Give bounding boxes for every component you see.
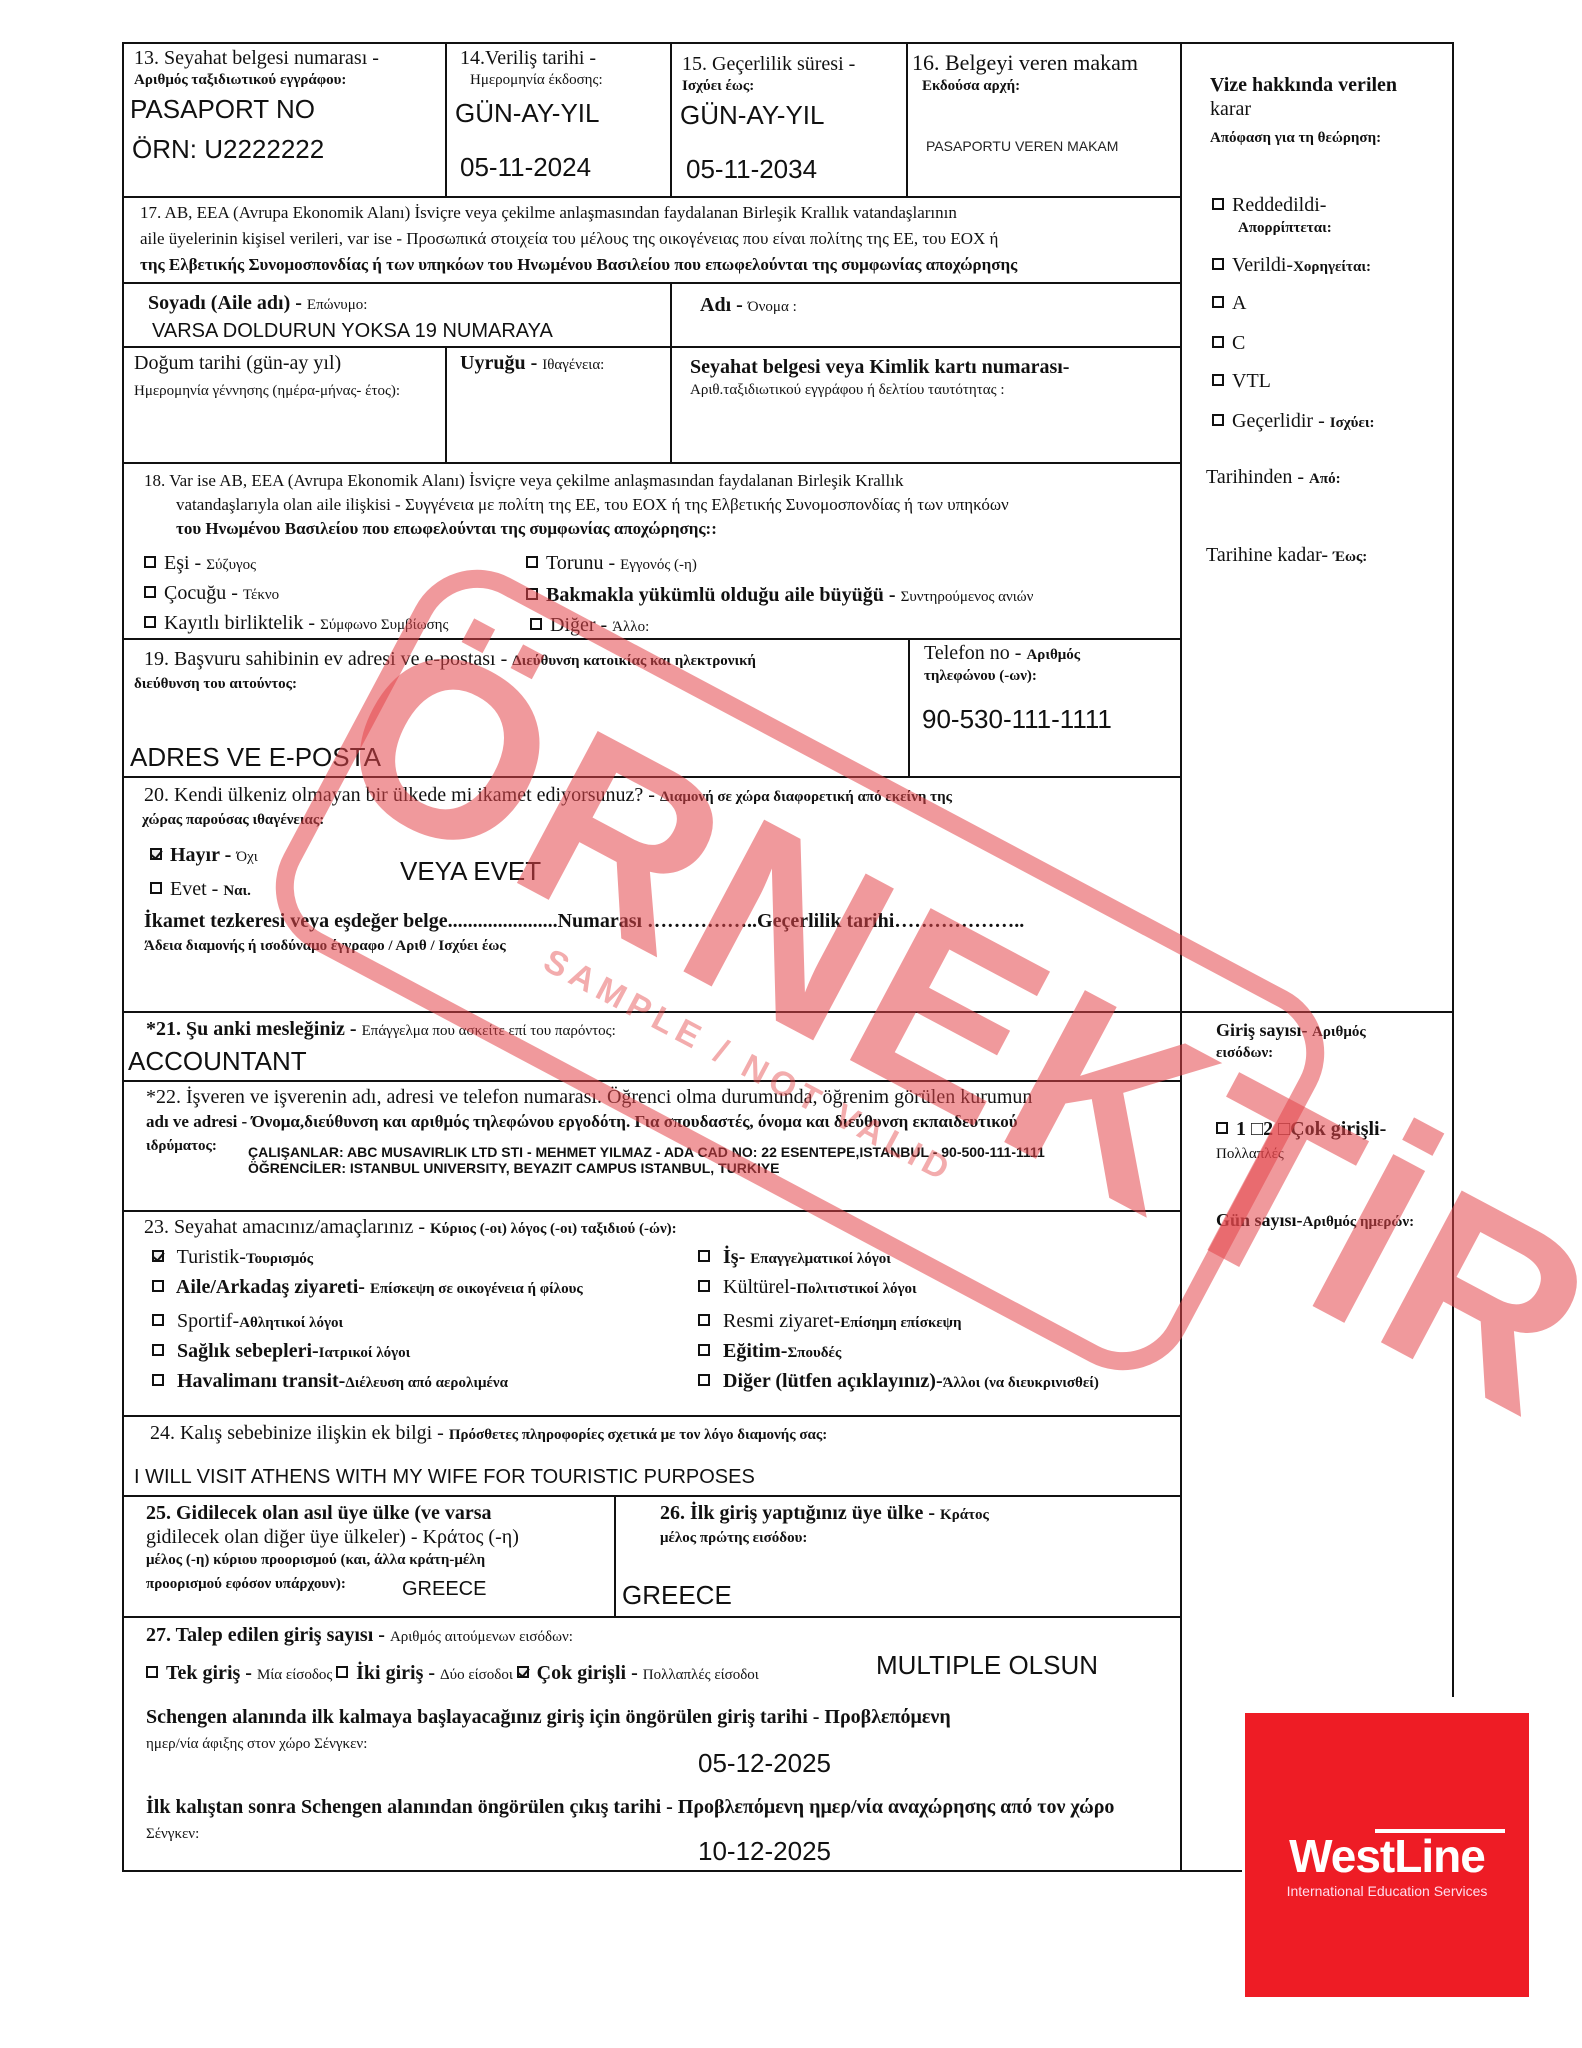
row-divider <box>122 776 1182 778</box>
column-divider <box>1180 42 1182 1872</box>
row-divider <box>122 282 1182 284</box>
phone-label: Telefon no - Αριθμός <box>924 642 1080 665</box>
dob-label: Doğum tarihi (gün-ay yıl) <box>134 352 341 375</box>
entries-label: Giriş sayısı- Αριθμός εισόδων: <box>1216 1020 1426 1062</box>
arrival-date-label: Schengen alanında ilk kalmaya başlayacağ… <box>146 1706 951 1729</box>
expiry-date-value[interactable]: 05-11-2034 <box>686 154 817 185</box>
departure-date-label: İlk kalıştan sonra Schengen alanından ön… <box>146 1796 1114 1819</box>
s17-header-3: της Ελβετικής Συνομοσπονδίας ή των υπηκό… <box>140 254 1017 276</box>
checkbox-icon[interactable] <box>146 1666 158 1678</box>
valid-until-label: Tarihine kadar- Έως: <box>1206 544 1367 567</box>
s22-label-2: adı ve adresi - Όνομα,διεύθυνση και αριθ… <box>146 1112 1018 1132</box>
surname-value[interactable]: VARSA DOLDURUN YOKSA 19 NUMARAYA <box>152 320 553 343</box>
relationship-grandchild[interactable]: Torunu - Εγγονός (-η) <box>526 552 697 575</box>
purpose-sports[interactable]: Sportif-Αθλητικοί λόγοι <box>152 1310 343 1333</box>
checkbox-icon[interactable] <box>152 1344 164 1356</box>
s13-label-gr: Αριθμός ταξιδιωτικού εγγράφου: <box>134 72 346 89</box>
checkbox-icon[interactable] <box>526 556 538 568</box>
relationship-spouse[interactable]: Eşi - Σύζυγος <box>144 552 256 575</box>
checkbox-icon[interactable] <box>152 1280 164 1292</box>
checkbox-icon[interactable] <box>336 1666 348 1678</box>
residence-no-option[interactable]: Hayır - Όχι <box>150 844 258 867</box>
phone-value[interactable]: 90-530-111-1111 <box>922 704 1112 735</box>
decision-option-c[interactable]: C <box>1212 332 1245 355</box>
s18-header-2: vatandaşlarıyla olan aile ilişkisi - Συγ… <box>176 494 1009 516</box>
s16-label: 16. Belgeyi veren makam <box>912 50 1138 76</box>
decision-option-vtl[interactable]: VTL <box>1212 370 1271 393</box>
cell-divider <box>445 42 447 198</box>
checkbox-icon[interactable] <box>1212 198 1224 210</box>
employer-value-1[interactable]: ÇALIŞANLAR: ABC MUSAVIRLIK LTD STI - MEH… <box>248 1144 1045 1160</box>
relationship-partnership[interactable]: Kayıtlı birliktelik - Σύμφωνο Συμβίωσης <box>144 612 448 635</box>
residence-yes-option[interactable]: Evet - Ναι. <box>150 878 251 901</box>
row-divider <box>122 638 1182 640</box>
employer-value-2[interactable]: ÖĞRENCİLER: ISTANBUL UNIVERSITY, BEYAZIT… <box>248 1160 780 1176</box>
decision-title: Vize hakkında verilen <box>1210 74 1397 97</box>
s15-label: 15. Geçerlilik süresi - <box>682 52 855 76</box>
relationship-child[interactable]: Çocuğu - Τέκνο <box>144 582 279 605</box>
checkbox-checked-icon[interactable] <box>150 848 162 860</box>
checkbox-icon[interactable] <box>1212 374 1224 386</box>
row-divider <box>122 1011 1454 1013</box>
checkbox-icon[interactable] <box>698 1280 710 1292</box>
decision-option-a[interactable]: A <box>1212 292 1246 315</box>
decision-option-valid[interactable]: Geçerlidir - Ισχύει: <box>1212 410 1375 433</box>
dob-label-gr: Ημερομηνία γέννησης (ημέρα-μήνας- έτος): <box>134 380 434 402</box>
s25-label-1: 25. Gidilecek olan asıl üye ülke (ve var… <box>146 1502 492 1525</box>
s18-header-1: 18. Var ise AB, EEA (Avrupa Ekonomik Ala… <box>144 470 903 492</box>
passport-number-example: ÖRN: U2222222 <box>132 134 324 165</box>
arrival-date-label-gr: ημερ/νία άφιξης στον χώρο Σένγκεν: <box>146 1736 367 1753</box>
s20-label: 20. Kendi ülkeniz olmayan bir ülkede mi … <box>144 784 952 807</box>
main-destination-value[interactable]: GREECE <box>402 1578 486 1601</box>
checkbox-checked-icon[interactable] <box>152 1250 164 1262</box>
logo-name: WestLine <box>1259 1831 1515 1881</box>
checkbox-icon[interactable] <box>698 1344 710 1356</box>
relationship-other[interactable]: Diğer - Άλλο: <box>530 614 649 637</box>
s14-label: 14.Veriliş tarihi - <box>460 46 596 70</box>
s25-label-4: προορισμού εφόσον υπάρχουν): <box>146 1576 346 1593</box>
s27-label: 27. Talep edilen giriş sayısı - Αριθμός … <box>146 1624 573 1647</box>
cell-divider <box>614 1495 616 1618</box>
form-border-right <box>1452 42 1454 1697</box>
s24-label: 24. Kalış sebebinize ilişkin ek bilgi - … <box>150 1422 827 1445</box>
row-divider <box>122 1080 1182 1082</box>
entries-note: MULTIPLE OLSUN <box>876 1650 1098 1681</box>
decision-option-rejected[interactable]: Reddedildi- <box>1212 194 1326 217</box>
s20-label-gr: χώρας παρούσας ιθαγένειας: <box>142 812 324 829</box>
s16-label-gr: Εκδούσα αρχή: <box>922 78 1020 95</box>
purpose-other[interactable]: Diğer (lütfen açıklayınız)-Άλλοι (να διε… <box>698 1370 1099 1393</box>
purpose-cultural[interactable]: Kültürel-Πολιτιστικοί λόγοι <box>698 1276 917 1299</box>
nationality-label: Uyruğu - Ιθαγένεια: <box>460 352 604 375</box>
row-divider <box>122 346 1182 348</box>
entries-options-gr: Πολλαπλές <box>1216 1146 1284 1163</box>
form-border-left <box>122 42 124 1872</box>
checkbox-icon[interactable] <box>1216 1122 1228 1134</box>
residence-permit-gr: Άδεια διαμονής ή ισοδύναμο έγγραφο / Αρι… <box>144 938 506 955</box>
s22-label-3: ιδρύματος: <box>146 1138 217 1155</box>
s17-header-2: aile üyelerinin kişisel verileri, var is… <box>140 228 998 250</box>
s25-label-3: μέλος (-η) κύριου προορισμού (και, άλλα … <box>146 1552 485 1569</box>
row-divider <box>122 196 1182 198</box>
form-border-bottom <box>122 1870 1242 1872</box>
address-value[interactable]: ADRES VE E-POSTA <box>130 742 381 773</box>
s21-label: *21. Şu anki mesleğiniz - Επάγγελμα που … <box>146 1018 616 1041</box>
checkbox-icon[interactable] <box>152 1314 164 1326</box>
first-entry-value[interactable]: GREECE <box>622 1580 732 1611</box>
row-divider <box>122 1415 1182 1417</box>
s22-label-1: *22. İşveren ve işverenin adı, adresi ve… <box>146 1086 1032 1109</box>
row-divider <box>122 462 1182 464</box>
arrival-date-value[interactable]: 05-12-2025 <box>698 1748 831 1779</box>
checkbox-checked-icon[interactable] <box>517 1666 529 1678</box>
purpose-official-visit[interactable]: Resmi ziyaret-Επίσημη επίσκεψη <box>698 1310 962 1333</box>
westline-logo: WestLine International Education Service… <box>1245 1713 1529 1997</box>
purpose-medical[interactable]: Sağlık sebepleri-Ιατρικοί λόγοι <box>152 1340 410 1363</box>
occupation-value[interactable]: ACCOUNTANT <box>128 1046 307 1077</box>
row-divider <box>122 1616 1182 1618</box>
issuing-authority-value[interactable]: PASAPORTU VEREN MAKAM <box>926 138 1118 154</box>
phone-label-gr: τηλεφώνου (-ων): <box>924 668 1037 685</box>
checkbox-icon[interactable] <box>144 586 156 598</box>
cell-divider <box>906 42 908 198</box>
row-divider <box>122 1495 1182 1497</box>
s14-label-gr: Ημερομηνία έκδοσης: <box>470 72 603 89</box>
cell-divider <box>908 638 910 778</box>
issue-date-value[interactable]: 05-11-2024 <box>460 152 591 183</box>
cell-divider <box>445 346 447 464</box>
relationship-dependent[interactable]: Bakmakla yükümlü olduğu aile büyüğü - Συ… <box>526 584 1033 607</box>
departure-date-value[interactable]: 10-12-2025 <box>698 1836 831 1867</box>
checkbox-icon[interactable] <box>150 882 162 894</box>
s23-label: 23. Seyahat amacınız/amaçlarınız - Κύριο… <box>144 1216 677 1239</box>
s19-label-gr: διεύθυνση του αιτούντος: <box>134 676 297 693</box>
decision-title-2: karar <box>1210 98 1251 121</box>
expiry-date-format: GÜN-AY-YIL <box>680 100 825 131</box>
purpose-family-visit[interactable]: Aile/Arkadaş ziyareti- Επίσκεψη σε οικογ… <box>152 1276 583 1299</box>
checkbox-icon[interactable] <box>698 1314 710 1326</box>
s15-label-gr: Ισχύει έως: <box>682 78 754 95</box>
checkbox-icon[interactable] <box>152 1374 164 1386</box>
entries-requested[interactable]: Tek giriş - Μία είσοδος İki giriş - Δύο … <box>146 1662 759 1685</box>
s26-label: 26. İlk giriş yaptığınız üye ülke - Κράτ… <box>660 1502 989 1525</box>
s26-label-gr: μέλος πρώτης εισόδου: <box>660 1530 807 1547</box>
purpose-business[interactable]: İş- Επαγγελματικοί λόγοι <box>698 1246 891 1269</box>
checkbox-icon[interactable] <box>698 1374 710 1386</box>
cell-divider <box>670 42 672 198</box>
purpose-tourism[interactable]: Turistik-Τουρισμός <box>152 1246 313 1269</box>
given-name-label: Adı - Όνομα : <box>700 294 797 317</box>
s18-header-3: του Ηνωμένου Βασιλείου που επωφελούνται … <box>176 518 717 540</box>
residence-note: VEYA EVET <box>400 856 541 887</box>
s17-header-1: 17. AB, EEA (Avrupa Ekonomik Alanı) İsvi… <box>140 202 957 224</box>
decision-option-rejected-gr: Απορρίπτεται: <box>1238 220 1332 237</box>
surname-label: Soyadı (Aile adı) - Επώνυμο: <box>148 292 367 315</box>
issue-date-format: GÜN-AY-YIL <box>455 98 600 129</box>
cell-divider <box>670 282 672 348</box>
row-divider <box>122 1210 1182 1212</box>
logo-tagline: International Education Services <box>1255 1883 1519 1899</box>
purpose-study[interactable]: Eğitim-Σπουδές <box>698 1340 841 1363</box>
s13-label: 13. Seyahat belgesi numarası - <box>134 46 379 70</box>
checkbox-icon[interactable] <box>144 556 156 568</box>
checkbox-icon[interactable] <box>144 616 156 628</box>
stay-info-value[interactable]: I WILL VISIT ATHENS WITH MY WIFE FOR TOU… <box>134 1466 755 1489</box>
entries-options[interactable]: 1 □2 □Çok girişli- <box>1216 1118 1386 1141</box>
departure-date-label-gr: Σένγκεν: <box>146 1826 199 1843</box>
id-number-label: Seyahat belgesi veya Kimlik kartı numara… <box>690 356 1069 379</box>
decision-option-issued[interactable]: Verildi-Χορηγείται: <box>1212 254 1371 277</box>
form-border-top <box>122 42 1454 44</box>
valid-from-label: Tarihinden - Από: <box>1206 466 1341 489</box>
residence-permit-line: İkamet tezkeresi veya eşdeğer belge.....… <box>144 910 1024 933</box>
s25-label-2: gidilecek olan diğer üye ülkeler) - Κράτ… <box>146 1526 519 1549</box>
checkbox-icon[interactable] <box>1212 258 1224 270</box>
s19-label: 19. Başvuru sahibinin ev adresi ve e-pos… <box>144 648 756 671</box>
decision-title-gr: Απόφαση για τη θεώρηση: <box>1210 130 1381 147</box>
id-number-label-gr: Αριθ.ταξιδιωτικού εγγράφου ή δελτίου ταυ… <box>690 382 1005 399</box>
checkbox-icon[interactable] <box>1212 414 1224 426</box>
checkbox-icon[interactable] <box>1212 336 1224 348</box>
checkbox-icon[interactable] <box>698 1250 710 1262</box>
passport-number-value[interactable]: PASAPORT NO <box>130 94 315 125</box>
checkbox-icon[interactable] <box>530 618 542 630</box>
checkbox-icon[interactable] <box>526 588 538 600</box>
purpose-airport-transit[interactable]: Havalimanı transit-Διέλευση από αερολιμέ… <box>152 1370 508 1393</box>
cell-divider <box>670 346 672 464</box>
checkbox-icon[interactable] <box>1212 296 1224 308</box>
days-label: Gün sayısı-Αριθμός ημερών: <box>1216 1210 1416 1231</box>
